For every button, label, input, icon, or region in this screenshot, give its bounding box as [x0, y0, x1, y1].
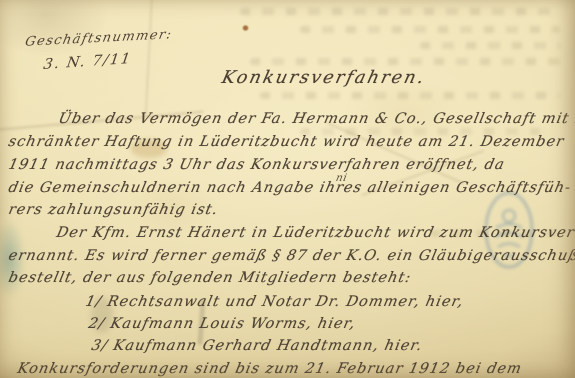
text-line: rers zahlungsunfähig ist.	[7, 203, 220, 218]
text-line: die Gemeinschuldnerin nach Angabe ihres …	[7, 181, 572, 196]
text-line: bestellt, der aus folgenden Mitgliedern …	[7, 271, 413, 286]
paper-crease	[145, 0, 154, 116]
list-line: 2/ Kaufmann Louis Worms, hier,	[87, 317, 357, 332]
ink-bleedthrough-row	[260, 92, 560, 99]
reference-label: Geschäftsnummer:	[24, 27, 174, 50]
text-line: Über das Vermögen der Fa. Hermann & Co.,…	[57, 112, 575, 127]
ink-spot-stain	[242, 25, 249, 31]
reference-number: 3. N. 7/11	[42, 51, 132, 73]
document-page: Geschäftsnummer: 3. N. 7/11 Konkursverfa…	[0, 0, 575, 378]
ink-bleedthrough-row	[250, 58, 560, 65]
text-line: ernannt. Es wird ferner gemäß § 87 der K…	[7, 249, 575, 264]
ink-bleedthrough-row	[240, 8, 560, 15]
text-line: 1911 nachmittags 3 Uhr das Konkursverfah…	[7, 158, 506, 173]
ink-bleedthrough-row	[420, 42, 560, 49]
ink-bleedthrough-row	[300, 26, 560, 33]
list-line: 3/ Kaufmann Gerhard Handtmann, hier.	[90, 339, 424, 354]
cut-off-text-line: Konkursforderungen sind bis zum 21. Febr…	[16, 362, 523, 377]
text-line: schränkter Haftung in Lüderitzbucht wird…	[7, 135, 566, 150]
document-title: Konkursverfahren.	[220, 68, 428, 88]
text-line: Der Kfm. Ernst Hänert in Lüderitzbucht w…	[55, 226, 575, 241]
list-line: 1/ Rechtsanwalt und Notar Dr. Dommer, hi…	[84, 295, 465, 310]
